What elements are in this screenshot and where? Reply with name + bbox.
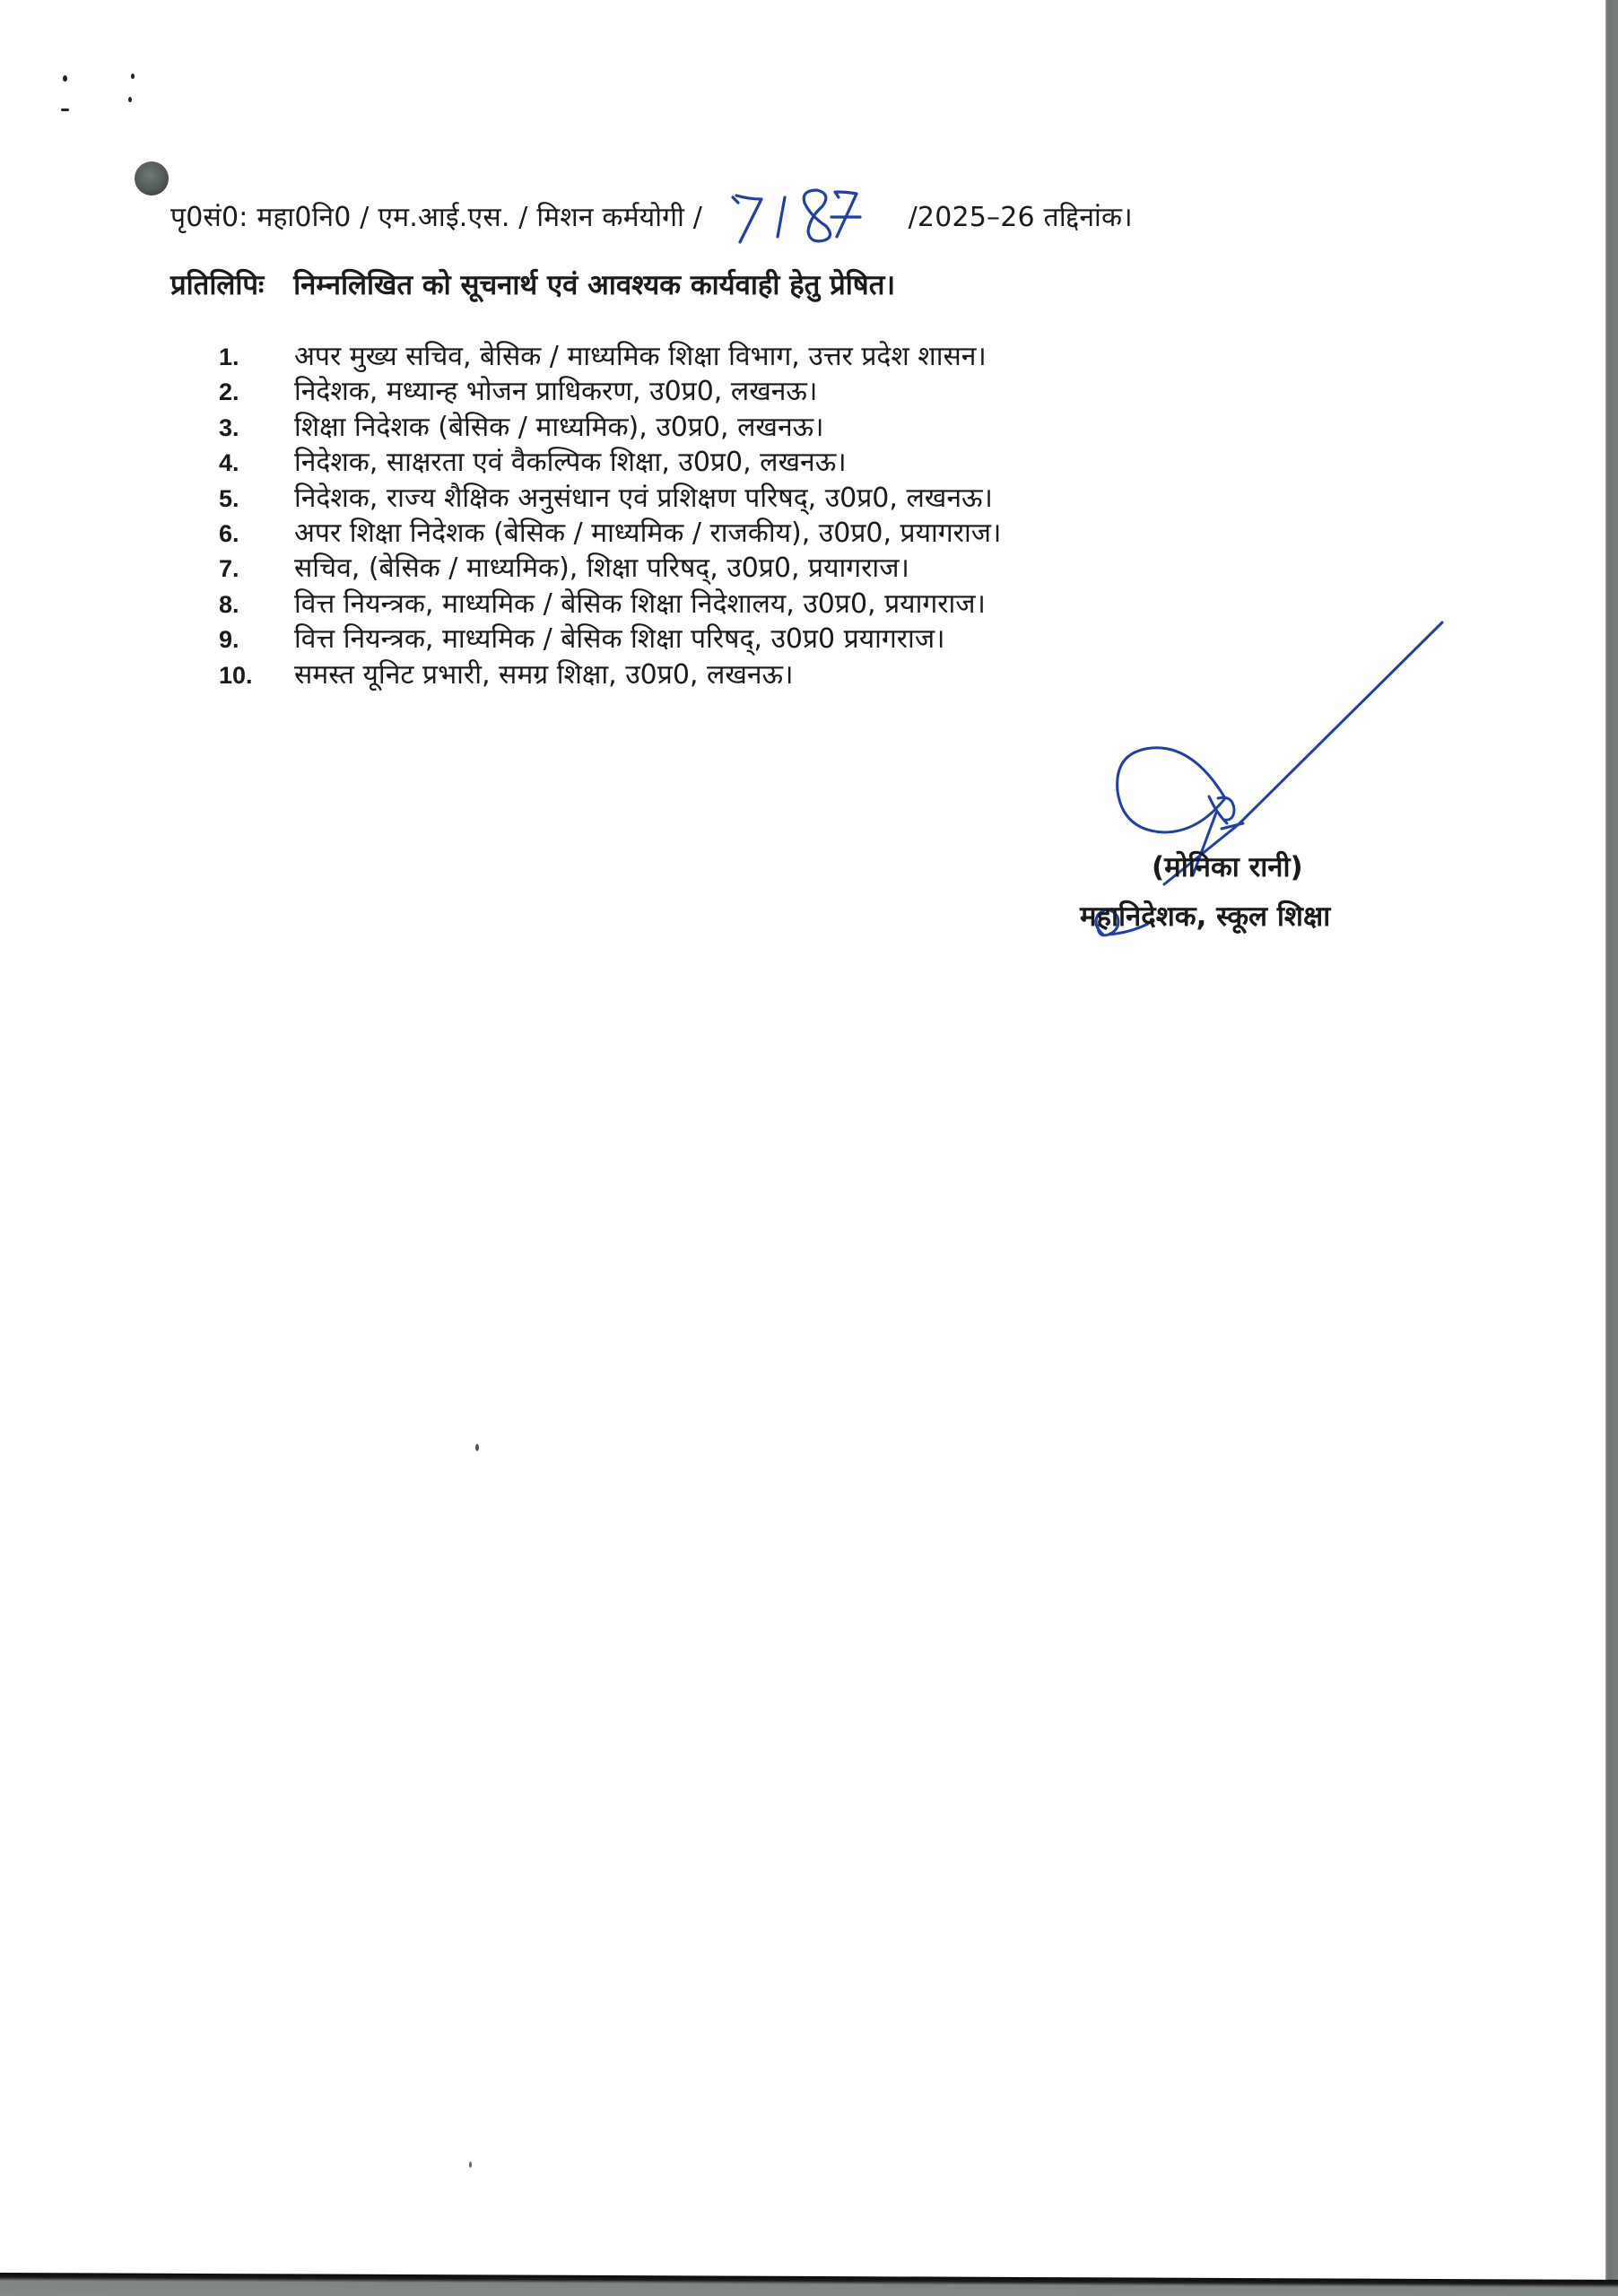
reference-suffix: /2025–26 तद्दिनांक। [909, 202, 1133, 233]
reference-line: पृ0सं0: महा0नि0 / एम.आई.एस. / मिशन कर्मय… [170, 197, 1133, 237]
scan-speck [61, 109, 69, 111]
handwritten-number-ink [711, 181, 900, 253]
list-item: 4.निदेशक, साक्षरता एवं वैकल्पिक शिक्षा, … [219, 445, 1001, 480]
scan-speck [63, 75, 67, 82]
scan-speck [128, 97, 132, 102]
list-item: 7.सचिव, (बेसिक / माध्यमिक), शिक्षा परिषद… [219, 551, 1001, 586]
handwritten-reference-number: 7187 [711, 201, 900, 237]
scan-edge-bottom [0, 2273, 1618, 2296]
reference-prefix: पृ0सं0: महा0नि0 / एम.आई.एस. / मिशन कर्मय… [170, 202, 702, 233]
list-item: 3.शिक्षा निदेशक (बेसिक / माध्यमिक), उ0प्… [219, 410, 1001, 445]
signatory-name: (मोनिका रानी) [1152, 848, 1303, 885]
scan-speck [475, 1444, 479, 1451]
list-item: 2.निदेशक, मध्यान्ह भोजन प्राधिकरण, उ0प्र… [219, 374, 1001, 409]
recipient-list: 1.अपर मुख्य सचिव, बेसिक / माध्यमिक शिक्ष… [219, 339, 1001, 692]
scan-speck [131, 74, 135, 79]
scan-speck [469, 2161, 472, 2168]
list-item: 8.वित्त नियन्त्रक, माध्यमिक / बेसिक शिक्… [219, 587, 1001, 622]
copy-label: प्रतिलिपिः [170, 269, 264, 301]
list-item: 10.समस्त यूनिट प्रभारी, समग्र शिक्षा, उ0… [219, 657, 1001, 692]
scan-edge-right [1605, 0, 1618, 2296]
signatory-designation: महानिदेशक, स्कूल शिक्षा [1080, 897, 1330, 935]
list-item: 5.निदेशक, राज्य शैक्षिक अनुसंधान एवं प्र… [219, 481, 1001, 516]
list-item: 6.अपर शिक्षा निदेशक (बेसिक / माध्यमिक / … [219, 516, 1001, 551]
list-item: 1.अपर मुख्य सचिव, बेसिक / माध्यमिक शिक्ष… [219, 339, 1001, 374]
copy-heading: प्रतिलिपिः निम्नलिखित को सूचनार्थ एवं आव… [170, 265, 895, 303]
scanned-page: पृ0सं0: महा0नि0 / एम.आई.एस. / मिशन कर्मय… [0, 0, 1605, 2274]
punch-hole [135, 161, 169, 196]
list-item: 9.वित्त नियन्त्रक, माध्यमिक / बेसिक शिक्… [219, 622, 1001, 657]
copy-heading-text: निम्नलिखित को सूचनार्थ एवं आवश्यक कार्यव… [293, 269, 895, 301]
